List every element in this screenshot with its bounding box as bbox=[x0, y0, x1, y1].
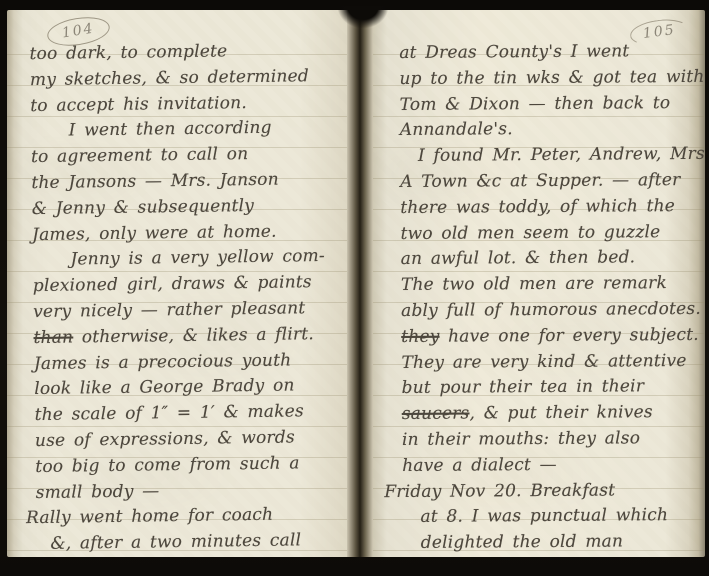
line-text: in their mouths: they also bbox=[402, 428, 640, 450]
line-text: too dark, to complete bbox=[29, 41, 227, 64]
line-text: my sketches, & so determined bbox=[30, 66, 309, 90]
line-text: at Dreas County's I went bbox=[399, 41, 629, 63]
line-text: Jenny is a very yellow com- bbox=[70, 246, 325, 270]
handwritten-line: there was toddy, of which the bbox=[380, 194, 698, 222]
handwritten-line: delighted the old man bbox=[383, 529, 701, 557]
line-text: , & put their knives bbox=[469, 402, 652, 423]
line-text: the scale of 1″ = 1′ & makes bbox=[34, 401, 303, 425]
line-text: delighted the old man bbox=[421, 532, 624, 553]
line-text: at 8. I was punctual which bbox=[420, 505, 668, 527]
line-text: Tom & Dixon — then back to bbox=[400, 93, 671, 115]
left-page-text: too dark, to complete my sketches, & so … bbox=[17, 38, 344, 557]
handwritten-line: too big to come from such a bbox=[23, 451, 343, 481]
struck-word: they bbox=[401, 326, 439, 346]
line-text: Rally went home for coach bbox=[26, 505, 273, 528]
line-text: the Jansons — Mrs. Janson bbox=[31, 170, 279, 193]
line-text: up to the tin wks & got tea with bbox=[399, 67, 704, 89]
line-text: They are very kind & attentive bbox=[401, 351, 686, 373]
handwritten-line: at Dreas County's I went bbox=[379, 39, 697, 67]
line-text: have a dialect — bbox=[402, 455, 557, 476]
open-notebook: 104 too dark, to complete my sketches, &… bbox=[7, 10, 705, 557]
right-page-text: at Dreas County's I went up to the tin w… bbox=[379, 39, 701, 557]
line-text: Annandale's. bbox=[400, 120, 513, 141]
line-text: James is a precocious youth bbox=[34, 350, 292, 374]
handwritten-line: Tom & Dixon — then back to bbox=[380, 90, 698, 118]
line-text: there was toddy, of which the bbox=[400, 196, 675, 218]
handwritten-line: than otherwise, & likes a flirt. bbox=[21, 322, 341, 352]
handwritten-line: have a dialect — bbox=[382, 452, 700, 480]
line-text: to agreement to call on bbox=[31, 144, 249, 167]
line-text: A Town &c at Supper. — after bbox=[400, 170, 680, 192]
line-text: &, after a two minutes call bbox=[50, 530, 301, 553]
handwritten-line: They are very kind & attentive bbox=[381, 348, 699, 376]
line-text: small body — bbox=[36, 481, 160, 503]
line-text: look like a George Brady on bbox=[34, 376, 295, 400]
handwritten-line: an awful lot. & then bed. bbox=[381, 245, 699, 273]
line-text: very nicely — rather pleasant bbox=[33, 298, 305, 322]
line-text: I went then according bbox=[69, 118, 272, 141]
left-page: 104 too dark, to complete my sketches, &… bbox=[7, 10, 347, 557]
handwritten-line: my sketches, & so determined bbox=[18, 64, 338, 94]
line-text: have one for every subject. bbox=[439, 325, 699, 347]
handwritten-line: saucers, & put their knives bbox=[382, 400, 700, 428]
right-page: 105 at Dreas County's I went up to the t… bbox=[373, 10, 705, 557]
line-text: but pour their tea in their bbox=[402, 377, 645, 399]
handwritten-line: A Town &c at Supper. — after bbox=[380, 168, 698, 196]
handwritten-line: The two old men are remark bbox=[381, 271, 699, 299]
line-text: two old men seem to guzzle bbox=[400, 222, 660, 244]
struck-word: than bbox=[33, 327, 73, 348]
handwritten-line: they have one for every subject. bbox=[381, 323, 699, 351]
line-text: I found Mr. Peter, Andrew, Mrs bbox=[418, 144, 705, 166]
handwritten-line: ably full of humorous anecdotes. bbox=[381, 297, 699, 325]
line-text: plexioned girl, draws & paints bbox=[33, 272, 312, 296]
handwritten-line: at 8. I was punctual which bbox=[382, 503, 700, 531]
line-text: otherwise, & likes a flirt. bbox=[73, 324, 314, 347]
handwritten-line: &, after a two minutes call bbox=[24, 528, 344, 557]
handwritten-line: the scale of 1″ = 1′ & makes bbox=[22, 399, 342, 429]
line-text: too big to come from such a bbox=[35, 453, 300, 477]
line-text: & Jenny & subsequently bbox=[32, 196, 255, 219]
handwritten-line: I found Mr. Peter, Andrew, Mrs bbox=[380, 142, 698, 170]
line-text: Friday Nov 20. Breakfast bbox=[384, 480, 615, 502]
line-text: James, only were at home. bbox=[32, 221, 277, 244]
notebook-photo: 104 too dark, to complete my sketches, &… bbox=[0, 0, 709, 576]
handwritten-line: up to the tin wks & got tea with bbox=[379, 65, 697, 93]
struck-word: saucers bbox=[402, 404, 470, 424]
handwritten-line: in their mouths: they also bbox=[382, 426, 700, 454]
handwritten-line: two old men seem to guzzle bbox=[380, 219, 698, 247]
line-text: The two old men are remark bbox=[401, 273, 667, 295]
handwritten-line: but pour their tea in their bbox=[382, 374, 700, 402]
handwritten-line: Friday Nov 20. Breakfast bbox=[382, 477, 700, 505]
handwritten-line: Annandale's. bbox=[380, 116, 698, 144]
line-text: to accept his invitation. bbox=[30, 93, 247, 116]
line-text: use of expressions, & words bbox=[35, 427, 295, 451]
book-gutter bbox=[347, 10, 373, 557]
line-text: an awful lot. & then bed. bbox=[401, 248, 636, 270]
line-text: ably full of humorous anecdotes. bbox=[401, 299, 701, 321]
